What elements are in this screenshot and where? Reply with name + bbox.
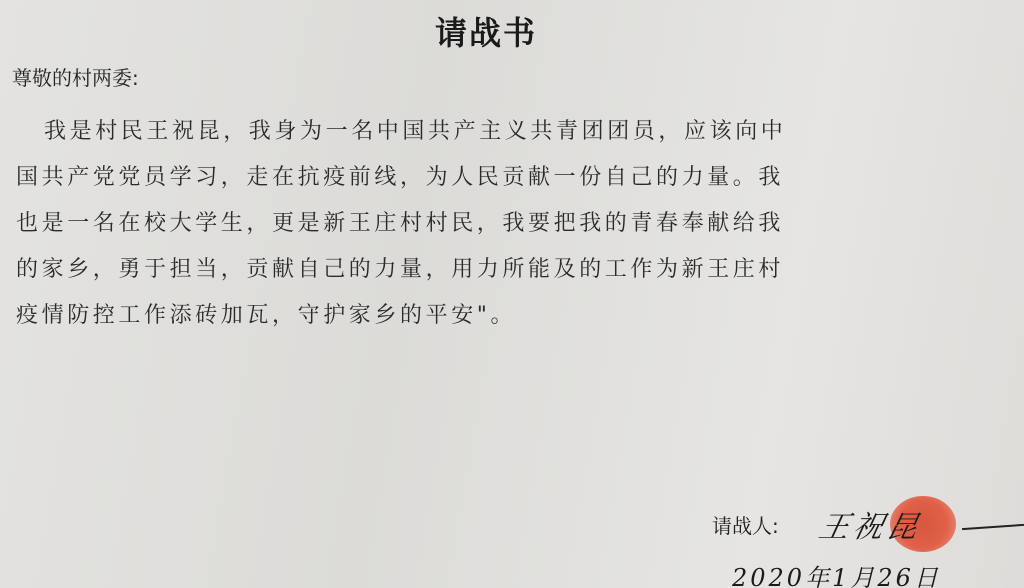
salutation: 尊敬的村两委: — [12, 62, 139, 91]
body-line: 我是村民王祝昆，我身为一名中国共产主义共青团团员，应该向中 — [16, 109, 966, 155]
body-line: 国共产党党员学习，走在抗疫前线，为人民贡献一份自己的力量。我 — [16, 155, 966, 201]
handwritten-date: 2020年1月26日 — [732, 558, 941, 588]
signature-block: 请战人: 王祝昆 2020年1月26日 — [712, 496, 1024, 588]
signer-label: 请战人: — [712, 510, 779, 539]
handwritten-signature: 王祝昆 — [815, 502, 926, 546]
body-line: 的家乡，勇于担当，贡献自己的力量，用力所能及的工作为新王庄村 — [16, 247, 966, 293]
signature-flourish — [962, 524, 1024, 530]
document-title: 请战书 — [0, 8, 972, 54]
body-line: 疫情防控工作添砖加瓦，守护家乡的平安"。 — [16, 293, 966, 339]
body-line: 也是一名在校大学生，更是新王庄村村民，我要把我的青春奉献给我 — [16, 201, 966, 247]
letter-body: 我是村民王祝昆，我身为一名中国共产主义共青团团员，应该向中 国共产党党员学习，走… — [16, 109, 966, 339]
